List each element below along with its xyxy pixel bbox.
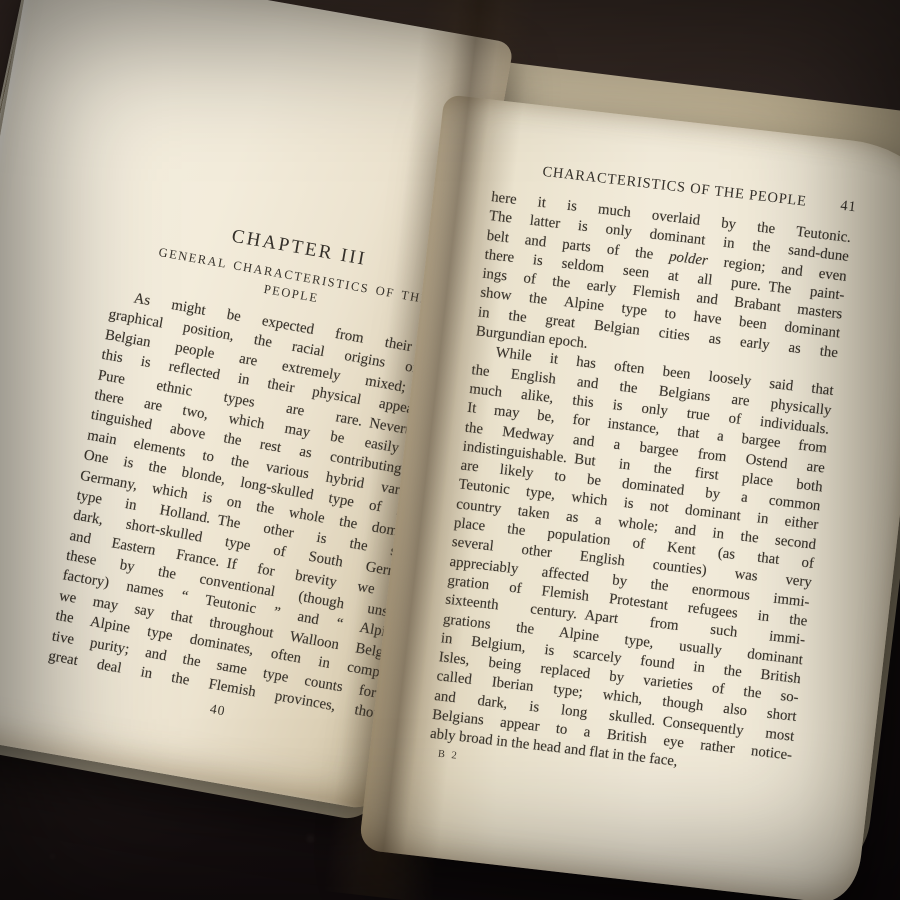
right-page-body: here it is much overlaid by the Teutonic… xyxy=(429,188,852,785)
right-page-content: CHARACTERISTICS OF THE PEOPLE 41 here it… xyxy=(427,158,855,799)
right-page-number: 41 xyxy=(839,198,857,217)
right-page: CHARACTERISTICS OF THE PEOPLE 41 here it… xyxy=(359,94,900,900)
dust-specks xyxy=(0,0,1,1)
photo-background: CHAPTER III GENERAL CHARACTERISTICS OF T… xyxy=(0,0,900,900)
